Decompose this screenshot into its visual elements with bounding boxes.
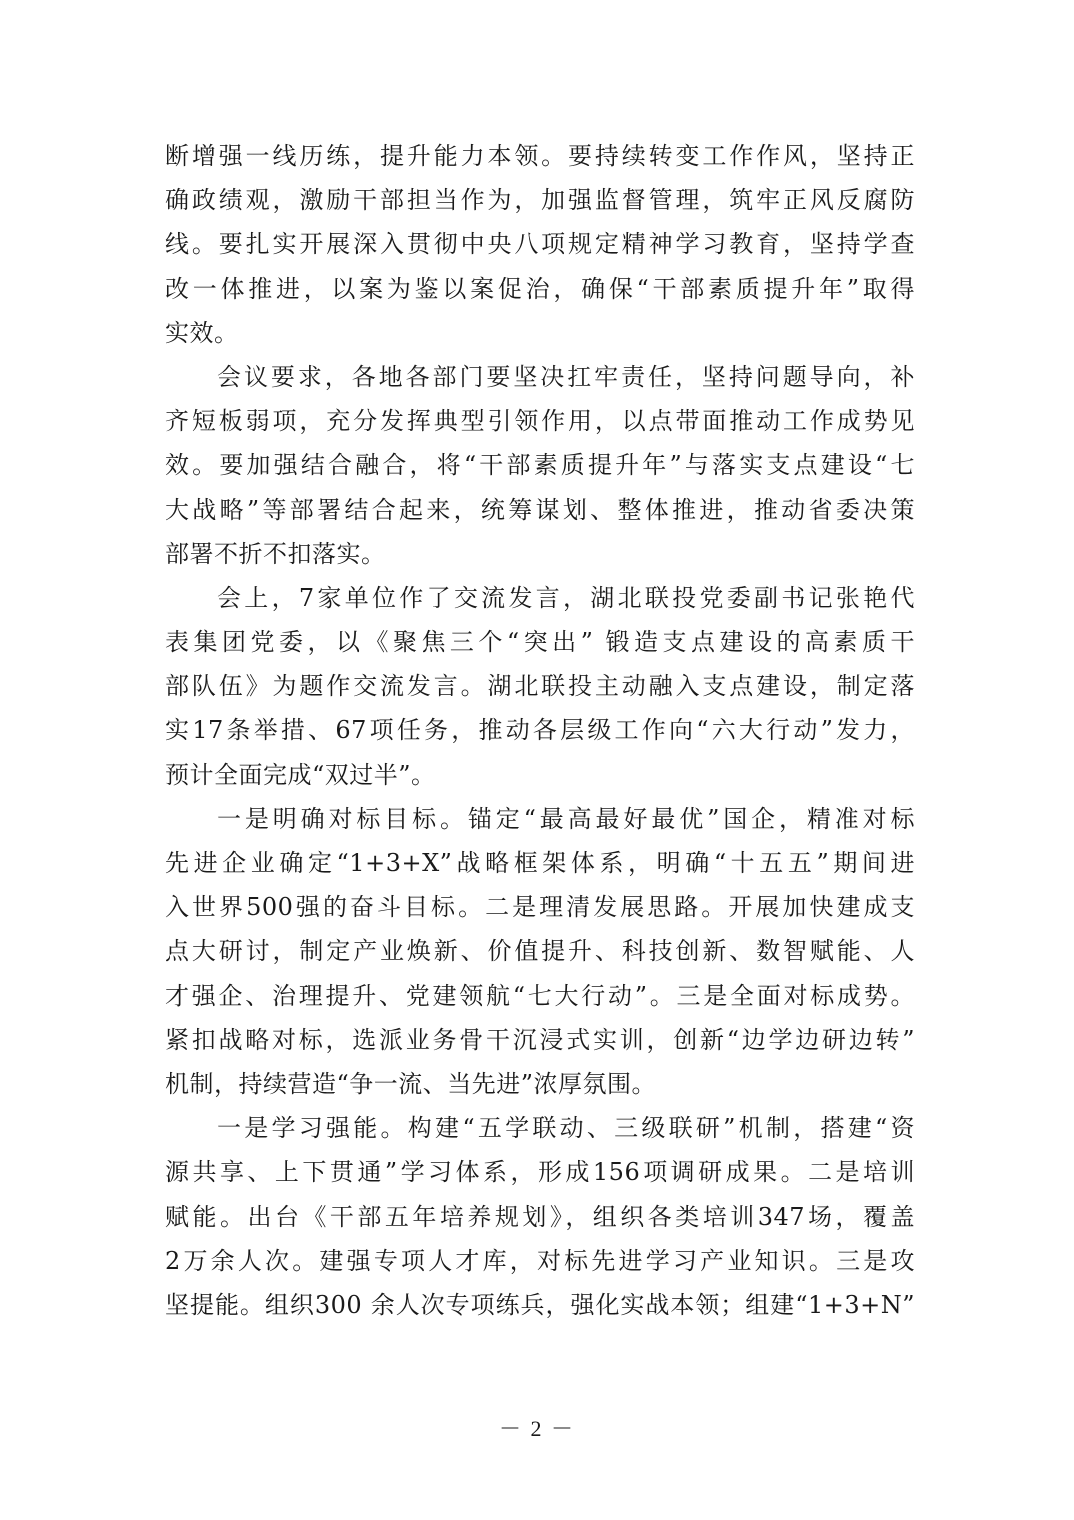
text-line: 2万余人次。建强专项人才库，对标先进学习产业知识。三是攻 xyxy=(165,1239,915,1283)
paragraph-5: 一是学习强能。构建“五学联动、三级联研”机制，搭建“资 源共享、上下贯通”学习体… xyxy=(165,1106,915,1327)
text-line: 大战略”等部署结合起来，统筹谋划、整体推进，推动省委决策 xyxy=(165,488,915,532)
text-line: 部队伍》为题作交流发言。湖北联投主动融入支点建设，制定落 xyxy=(165,664,915,708)
text-line: 先进企业确定“1+3+X”战略框架体系，明确“十五五”期间进 xyxy=(165,841,915,885)
text-line: 点大研讨，制定产业焕新、价值提升、科技创新、数智赋能、人 xyxy=(165,929,915,973)
page-number: － 2 － xyxy=(0,1412,1074,1443)
text-line: 部署不折不扣落实。 xyxy=(165,532,915,576)
text-line: 入世界500强的奋斗目标。二是理清发展思路。开展加快建成支 xyxy=(165,885,915,929)
text-line: 会上，7家单位作了交流发言，湖北联投党委副书记张艳代 xyxy=(165,576,915,620)
text-line: 一是明确对标目标。锚定“最高最好最优”国企，精准对标 xyxy=(165,797,915,841)
text-line: 机制，持续营造“争一流、当先进”浓厚氛围。 xyxy=(165,1062,915,1106)
paragraph-1: 断增强一线历练，提升能力本领。要持续转变工作作风，坚持正 确政绩观，激励干部担当… xyxy=(165,134,915,355)
text-line: 实效。 xyxy=(165,311,915,355)
text-line: 坚提能。组织300 余人次专项练兵，强化实战本领；组建“1+3+N” xyxy=(165,1283,915,1327)
text-line: 会议要求，各地各部门要坚决扛牢责任，坚持问题导向，补 xyxy=(165,355,915,399)
text-line: 赋能。出台《干部五年培养规划》，组织各类培训347场，覆盖 xyxy=(165,1195,915,1239)
text-line: 改一体推进，以案为鉴以案促治，确保“干部素质提升年”取得 xyxy=(165,267,915,311)
document-page: 断增强一线历练，提升能力本领。要持续转变工作作风，坚持正 确政绩观，激励干部担当… xyxy=(0,0,1074,1520)
text-line: 效。要加强结合融合，将“干部素质提升年”与落实支点建设“七 xyxy=(165,443,915,487)
text-line: 预计全面完成“双过半”。 xyxy=(165,753,915,797)
text-line: 齐短板弱项，充分发挥典型引领作用，以点带面推动工作成势见 xyxy=(165,399,915,443)
paragraph-2: 会议要求，各地各部门要坚决扛牢责任，坚持问题导向，补 齐短板弱项，充分发挥典型引… xyxy=(165,355,915,576)
text-line: 线。要扎实开展深入贯彻中央八项规定精神学习教育，坚持学查 xyxy=(165,222,915,266)
document-body: 断增强一线历练，提升能力本领。要持续转变工作作风，坚持正 确政绩观，激励干部担当… xyxy=(165,134,915,1327)
paragraph-3: 会上，7家单位作了交流发言，湖北联投党委副书记张艳代 表集团党委，以《聚焦三个“… xyxy=(165,576,915,797)
text-line: 表集团党委，以《聚焦三个“突出” 锻造支点建设的高素质干 xyxy=(165,620,915,664)
text-line: 确政绩观，激励干部担当作为，加强监督管理，筑牢正风反腐防 xyxy=(165,178,915,222)
text-line: 源共享、上下贯通”学习体系，形成156项调研成果。二是培训 xyxy=(165,1150,915,1194)
paragraph-4: 一是明确对标目标。锚定“最高最好最优”国企，精准对标 先进企业确定“1+3+X”… xyxy=(165,797,915,1106)
text-line: 紧扣战略对标，选派业务骨干沉浸式实训，创新“边学边研边转” xyxy=(165,1018,915,1062)
text-line: 一是学习强能。构建“五学联动、三级联研”机制，搭建“资 xyxy=(165,1106,915,1150)
text-line: 实17条举措、67项任务，推动各层级工作向“六大行动”发力， xyxy=(165,708,915,752)
text-line: 断增强一线历练，提升能力本领。要持续转变工作作风，坚持正 xyxy=(165,134,915,178)
text-line: 才强企、治理提升、党建领航“七大行动”。三是全面对标成势。 xyxy=(165,974,915,1018)
